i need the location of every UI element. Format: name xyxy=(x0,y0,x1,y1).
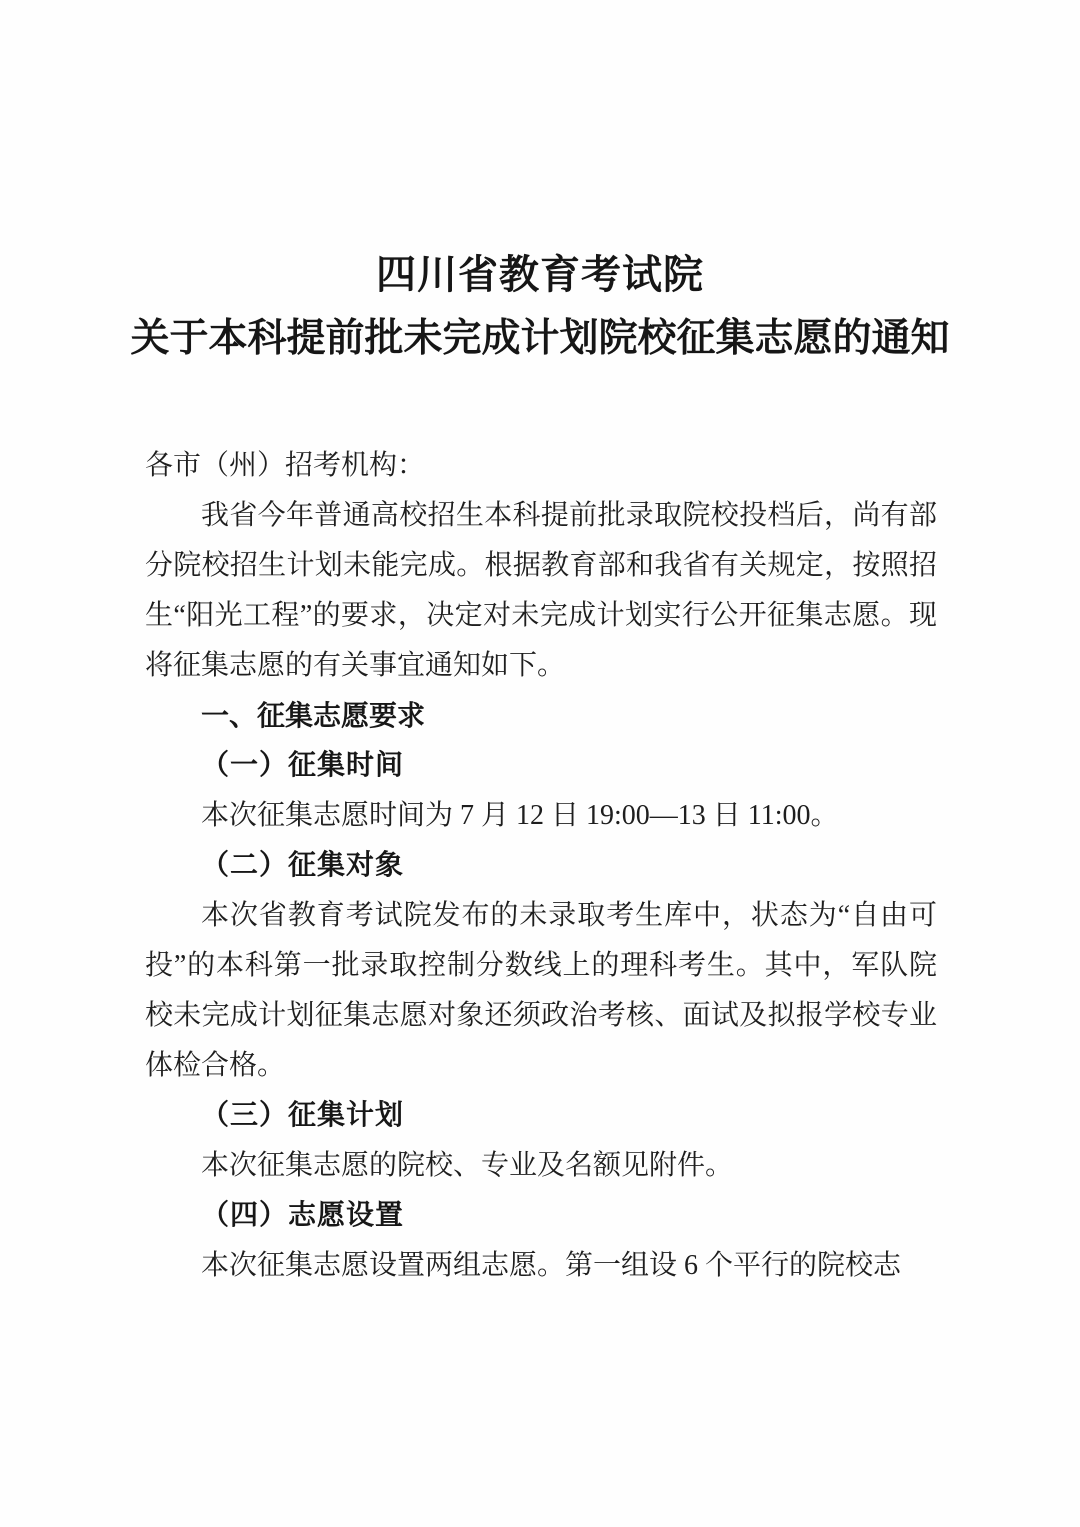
document-title: 四川省教育考试院 关于本科提前批未完成计划院校征集志愿的通知 xyxy=(0,0,1080,371)
subsection-2-heading: （二）征集对象 xyxy=(145,841,937,891)
subsection-4-heading: （四）志愿设置 xyxy=(145,1191,937,1241)
title-issuer: 四川省教育考试院 xyxy=(0,243,1080,307)
subsection-2-text: 本次省教育考试院发布的未录取考生库中，状态为“自由可投”的本科第一批录取控制分数… xyxy=(145,891,937,1091)
subsection-3-heading: （三）征集计划 xyxy=(145,1091,937,1141)
title-subject: 关于本科提前批未完成计划院校征集志愿的通知 xyxy=(0,307,1080,371)
intro-paragraph: 我省今年普通高校招生本科提前批录取院校投档后，尚有部分院校招生计划未能完成。根据… xyxy=(145,491,937,691)
subsection-1-text: 本次征集志愿时间为 7 月 12 日 19:00—13 日 11:00。 xyxy=(145,791,937,841)
subsection-4-text: 本次征集志愿设置两组志愿。第一组设 6 个平行的院校志 xyxy=(145,1241,937,1291)
subsection-1-heading: （一）征集时间 xyxy=(145,741,937,791)
section-1-heading: 一、征集志愿要求 xyxy=(145,691,937,741)
document-page: 四川省教育考试院 关于本科提前批未完成计划院校征集志愿的通知 各市（州）招考机构… xyxy=(0,0,1080,1527)
salutation: 各市（州）招考机构： xyxy=(145,441,937,491)
document-body: 各市（州）招考机构： 我省今年普通高校招生本科提前批录取院校投档后，尚有部分院校… xyxy=(145,441,937,1291)
subsection-3-text: 本次征集志愿的院校、专业及名额见附件。 xyxy=(145,1141,937,1191)
